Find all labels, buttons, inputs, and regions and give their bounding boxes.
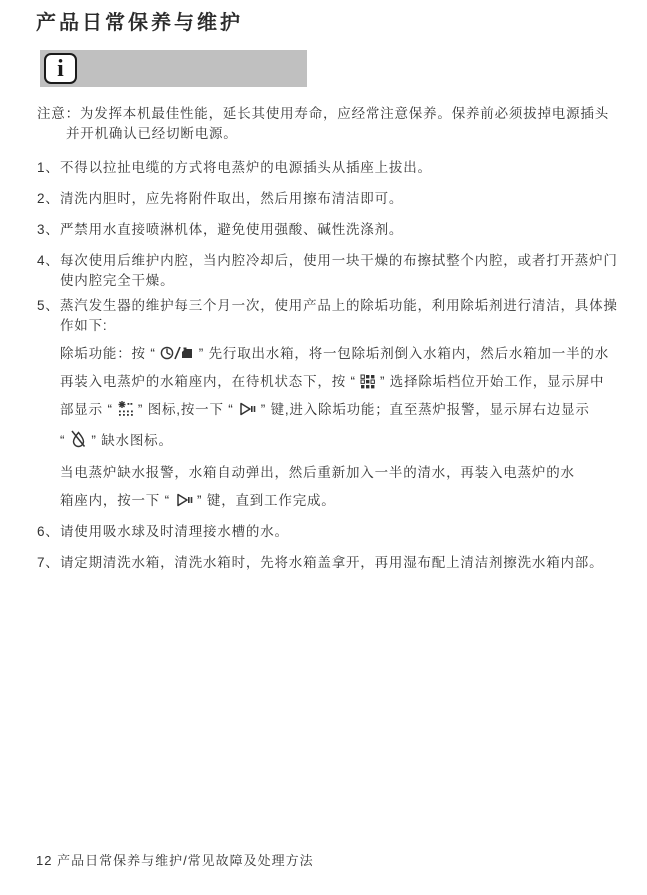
procedure-line-2: 再装入电蒸炉的水箱座内，在待机状态下，按 “ ” 选择除垢档位开始工作，显示屏中 [60, 372, 620, 392]
start-pause-icon [175, 492, 193, 508]
item-text: 请使用吸水球及时清理接水槽的水。 [60, 522, 620, 542]
info-banner: i [40, 50, 307, 87]
item-number: 3、 [37, 220, 60, 240]
notice-line-2: 并开机确认已经切断电源。 [37, 124, 620, 144]
start-pause-icon [238, 401, 256, 417]
procedure-line-4: “ ” 缺水图标。 [60, 429, 620, 451]
descale-indicator-icon [117, 400, 133, 417]
content-area: 注意：为发挥本机最佳性能，延长其使用寿命，应经常注意保养。保养前必须拔掉电源插头… [37, 104, 620, 584]
page-title: 产品日常保养与维护 [36, 6, 243, 35]
procedure-line-6: 箱座内，按一下 “ ” 键，直到工作完成。 [60, 491, 620, 511]
procedure-text: 再装入电蒸炉的水箱座内，在待机状态下，按 “ [60, 374, 360, 389]
list-item-1: 1、 不得以拉扯电缆的方式将电蒸炉的电源插头从插座上拔出。 [37, 158, 620, 178]
item-text: 严禁用水直接喷淋机体，避免使用强酸、碱性洗涤剂。 [60, 220, 620, 240]
procedure-text: ” 缺水图标。 [87, 433, 173, 448]
item-number: 1、 [37, 158, 60, 178]
info-icon: i [44, 53, 77, 84]
item-text: 请定期清洗水箱，清洗水箱时，先将水箱盖拿开，再用湿布配上清洁剂擦洗水箱内部。 [60, 553, 620, 573]
procedure-text: “ [60, 433, 70, 448]
procedure-text: ” 图标,按一下 “ [133, 402, 238, 417]
manual-page: 产品日常保养与维护 i 注意：为发挥本机最佳性能，延长其使用寿命，应经常注意保养… [0, 0, 647, 895]
page-footer: 12 产品日常保养与维护/常见故障及处理方法 [36, 850, 314, 869]
procedure-line-1: 除垢功能：按 “ ” 先行取出水箱，将一包除垢剂倒入水箱内，然后水箱加一半的水 [60, 344, 620, 364]
procedure-line-3: 部显示 “ ” 图标,按一下 “ ” 键,进入除垢功能；直至蒸炉报警，显示屏右边… [60, 400, 620, 420]
procedure-text: ” 先行取出水箱，将一包除垢剂倒入水箱内，然后水箱加一半的水 [194, 346, 609, 361]
item-text-line-2: 使内腔完全干燥。 [60, 273, 174, 288]
procedure-text: 当电蒸炉缺水报警，水箱自动弹出，然后重新加入一半的清水，再装入电蒸炉的水 [60, 465, 575, 480]
procedure-text: 除垢功能：按 “ [60, 346, 160, 361]
program-grid-icon [360, 374, 375, 389]
procedure-text: ” 选择除垢档位开始工作，显示屏中 [375, 374, 604, 389]
list-item-3: 3、 严禁用水直接喷淋机体，避免使用强酸、碱性洗涤剂。 [37, 220, 620, 240]
list-item-7: 7、 请定期清洗水箱，清洗水箱时，先将水箱盖拿开，再用湿布配上清洁剂擦洗水箱内部… [37, 553, 620, 573]
list-item-2: 2、 清洗内胆时，应先将附件取出，然后用擦布清洁即可。 [37, 189, 620, 209]
procedure-line-5: 当电蒸炉缺水报警，水箱自动弹出，然后重新加入一半的清水，再装入电蒸炉的水 [60, 463, 620, 483]
procedure-text: 部显示 “ [60, 402, 117, 417]
item-text: 清洗内胆时，应先将附件取出，然后用擦布清洁即可。 [60, 189, 620, 209]
notice-line-1: 注意：为发挥本机最佳性能，延长其使用寿命，应经常注意保养。保养前必须拔掉电源插头 [37, 104, 620, 124]
item-text-line-2: 作如下: [60, 318, 107, 333]
water-shortage-icon [70, 429, 87, 448]
item-text: 每次使用后维护内腔，当内腔冷却后，使用一块干燥的布擦拭整个内腔，或者打开蒸炉门 … [60, 251, 620, 291]
list-item-6: 6、 请使用吸水球及时清理接水槽的水。 [37, 522, 620, 542]
item-number: 2、 [37, 189, 60, 209]
item-number: 5、 [37, 296, 60, 336]
item-number: 6、 [37, 522, 60, 542]
notice-paragraph: 注意：为发挥本机最佳性能，延长其使用寿命，应经常注意保养。保养前必须拔掉电源插头… [37, 104, 620, 144]
item-number: 7、 [37, 553, 60, 573]
descale-procedure: 除垢功能：按 “ ” 先行取出水箱，将一包除垢剂倒入水箱内，然后水箱加一半的水 … [37, 344, 620, 511]
item-number: 4、 [37, 251, 60, 291]
procedure-text: ” 键，直到工作完成。 [193, 493, 336, 508]
item-text: 不得以拉扯电缆的方式将电蒸炉的电源插头从插座上拔出。 [60, 158, 620, 178]
list-item-5: 5、 蒸汽发生器的维护每三个月一次，使用产品上的除垢功能，利用除垢剂进行清洁，具… [37, 296, 620, 336]
item-text-line-1: 蒸汽发生器的维护每三个月一次，使用产品上的除垢功能，利用除垢剂进行清洁，具体操 [60, 298, 618, 313]
clock-tank-icon [160, 345, 194, 361]
item-text-line-1: 每次使用后维护内腔，当内腔冷却后，使用一块干燥的布擦拭整个内腔，或者打开蒸炉门 [60, 253, 618, 268]
list-item-4: 4、 每次使用后维护内腔，当内腔冷却后，使用一块干燥的布擦拭整个内腔，或者打开蒸… [37, 251, 620, 291]
procedure-text: 箱座内，按一下 “ [60, 493, 175, 508]
procedure-text: ” 键,进入除垢功能；直至蒸炉报警，显示屏右边显示 [256, 402, 590, 417]
item-text: 蒸汽发生器的维护每三个月一次，使用产品上的除垢功能，利用除垢剂进行清洁，具体操 … [60, 296, 620, 336]
